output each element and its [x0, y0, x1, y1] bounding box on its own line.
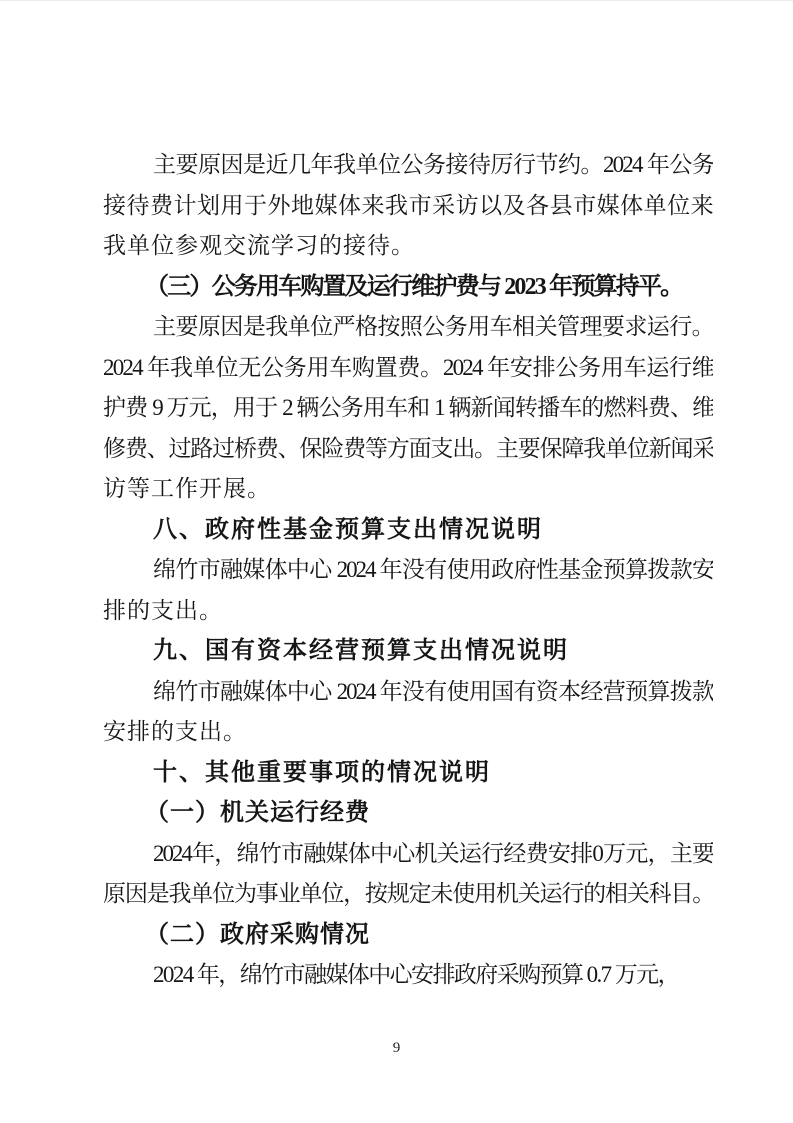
text-line: 排的支出。 [103, 591, 713, 632]
text-line: 原因是我单位为事业单位，按规定未使用机关运行的相关科目。 [103, 874, 713, 915]
document-content: 主要原因是近几年我单位公务接待厉行节约。2024 年公务接待费计划用于外地媒体来… [103, 145, 713, 996]
section-heading: 十、其他重要事项的情况说明 [103, 753, 713, 794]
text-line: 接待费计划用于外地媒体来我市采访以及各县市媒体单位来 [103, 186, 713, 227]
text-line: 绵竹市融媒体中心 2024 年没有使用政府性基金预算拨款安 [103, 550, 713, 591]
section-heading: 八、政府性基金预算支出情况说明 [103, 510, 713, 551]
text-line: 访等工作开展。 [103, 469, 713, 510]
text-line: 护费 9 万元，用于 2 辆公务用车和 1 辆新闻转播车的燃料费、维 [103, 388, 713, 429]
text-line: 2024 年，绵竹市融媒体中心安排政府采购预算 0.7 万元， [103, 955, 713, 996]
text-line: 我单位参观交流学习的接待。 [103, 226, 713, 267]
text-line: 主要原因是我单位严格按照公务用车相关管理要求运行。 [103, 307, 713, 348]
text-line: 2024年，绵竹市融媒体中心机关运行经费安排0万元，主要 [103, 834, 713, 875]
text-line: 主要原因是近几年我单位公务接待厉行节约。2024 年公务 [103, 145, 713, 186]
page-footer: 9 [0, 1037, 793, 1059]
section-heading: 九、国有资本经营预算支出情况说明 [103, 631, 713, 672]
text-line: 安排的支出。 [103, 712, 713, 753]
document-page: 主要原因是近几年我单位公务接待厉行节约。2024 年公务接待费计划用于外地媒体来… [0, 0, 793, 1123]
text-line: 绵竹市融媒体中心 2024 年没有使用国有资本经营预算拨款 [103, 672, 713, 713]
text-line: 2024 年我单位无公务用车购置费。2024 年安排公务用车运行维 [103, 348, 713, 389]
text-line: 修费、过路过桥费、保险费等方面支出。主要保障我单位新闻采 [103, 429, 713, 470]
section-heading: （三）公务用车购置及运行维护费与 2023 年预算持平。 [103, 267, 713, 308]
page-number: 9 [393, 1040, 401, 1056]
section-heading: （二）政府采购情况 [103, 915, 713, 956]
section-heading: （一）机关运行经费 [103, 793, 713, 834]
